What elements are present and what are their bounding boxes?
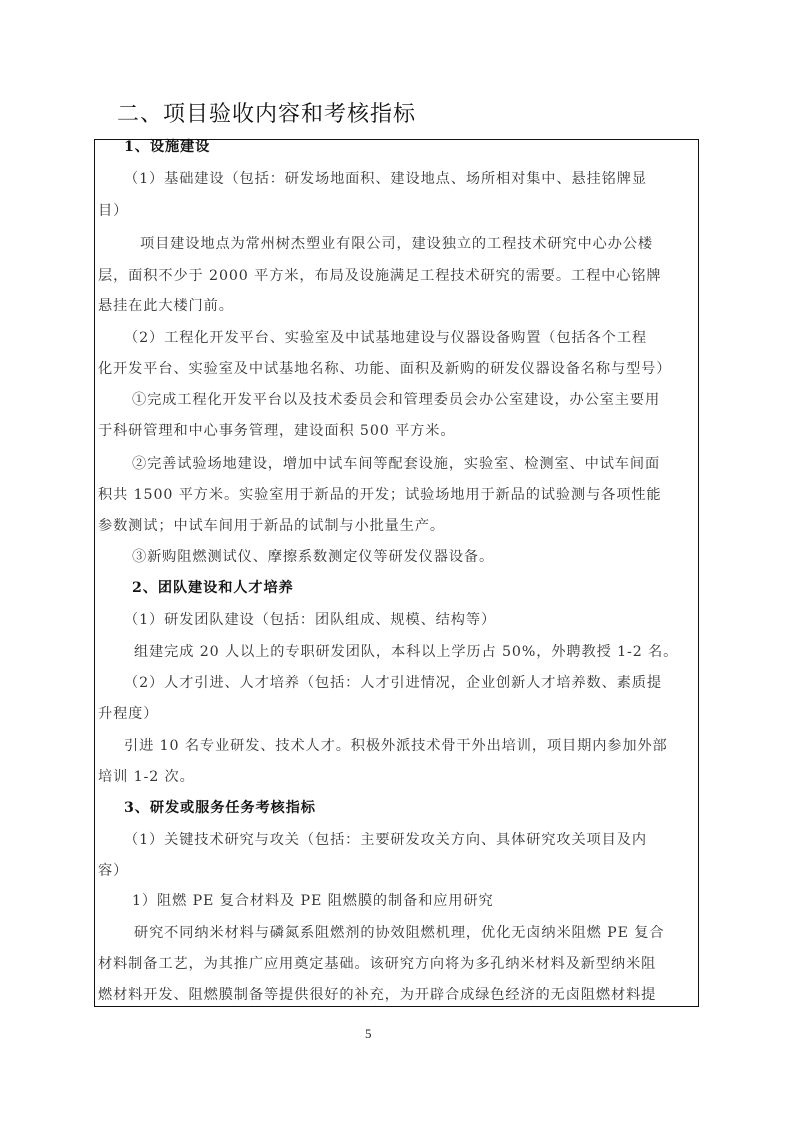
text-line: 积共 1500 平方米。实验室用于新品的开发；试验场地用于新品的试验测与各项性能 [98, 485, 662, 505]
text-line: 项目建设地点为常州树杰塑业有限公司，建设独立的工程技术研究中心办公楼 [140, 234, 653, 254]
text-line: 1）阻燃 PE 复合材料及 PE 阻燃膜的制备和应用研究 [132, 891, 494, 911]
text-line: 引进 10 名专业研发、技术人才。积极外派技术骨干外出培训，项目期内参加外部 [124, 736, 668, 756]
text-line: ③新购阻燃测试仪、摩擦系数测定仪等研发仪器设备。 [132, 547, 494, 567]
text-line: 容） [98, 861, 128, 881]
text-line: 层，面积不少于 2000 平方米，布局及设施满足工程技术研究的需要。工程中心铭牌 [98, 266, 662, 286]
section-heading: 2、团队建设和人才培养 [132, 578, 294, 598]
text-line: 材料制备工艺，为其推广应用奠定基础。该研究方向将为多孔纳米材料及新型纳米阻 [98, 954, 656, 974]
text-line: 目） [98, 201, 128, 221]
text-line: 悬挂在此大楼门前。 [98, 296, 234, 316]
text-line: 燃材料开发、阻燃膜制备等提供很好的补充，为开辟合成绿色经济的无卤阻燃材料提 [98, 985, 656, 1005]
text-line: 于科研管理和中心事务管理，建设面积 500 平方米。 [98, 421, 455, 441]
text-line: （1）研发团队建设（包括：团队组成、规模、结构等） [124, 610, 496, 630]
text-line: 研究不同纳米材料与磷氮系阻燃剂的协效阻燃机理，优化无卤纳米阻燃 PE 复合 [134, 923, 664, 943]
text-line: （1）基础建设（包括：研发场地面积、建设地点、场所相对集中、悬挂铭牌显 [124, 169, 647, 189]
text-line: 化开发平台、实验室及中试基地名称、功能、面积及新购的研发仪器设备名称与型号） [98, 359, 671, 379]
text-line: ①完成工程化开发平台以及技术委员会和管理委员会办公室建设，办公室主要用 [132, 390, 660, 410]
text-line: （2）人才引进、人才培养（包括：人才引进情况，企业创新人才培养数、素质提 [124, 673, 662, 693]
section-heading: 3、研发或服务任务考核指标 [124, 798, 316, 818]
section-heading: 1、设施建设 [124, 137, 210, 157]
text-line: ②完善试验场地建设，增加中试车间等配套设施，实验室、检测室、中试车间面 [132, 454, 660, 474]
text-line: 升程度） [98, 704, 158, 724]
page-title: 二、项目验收内容和考核指标 [117, 100, 416, 130]
text-line: 组建完成 20 人以上的专职研发团队，本科以上学历占 50%，外聘教授 1-2 … [134, 642, 678, 662]
text-line: （2）工程化开发平台、实验室及中试基地建设与仪器设备购置（包括各个工程 [124, 328, 647, 348]
page-number: 5 [365, 1026, 372, 1042]
text-line: 培训 1-2 次。 [98, 767, 195, 787]
text-line: （1）关键技术研究与攻关（包括：主要研发攻关方向、具体研究攻关项目及内 [124, 830, 647, 850]
text-line: 参数测试；中试车间用于新品的试制与小批量生产。 [98, 516, 445, 536]
